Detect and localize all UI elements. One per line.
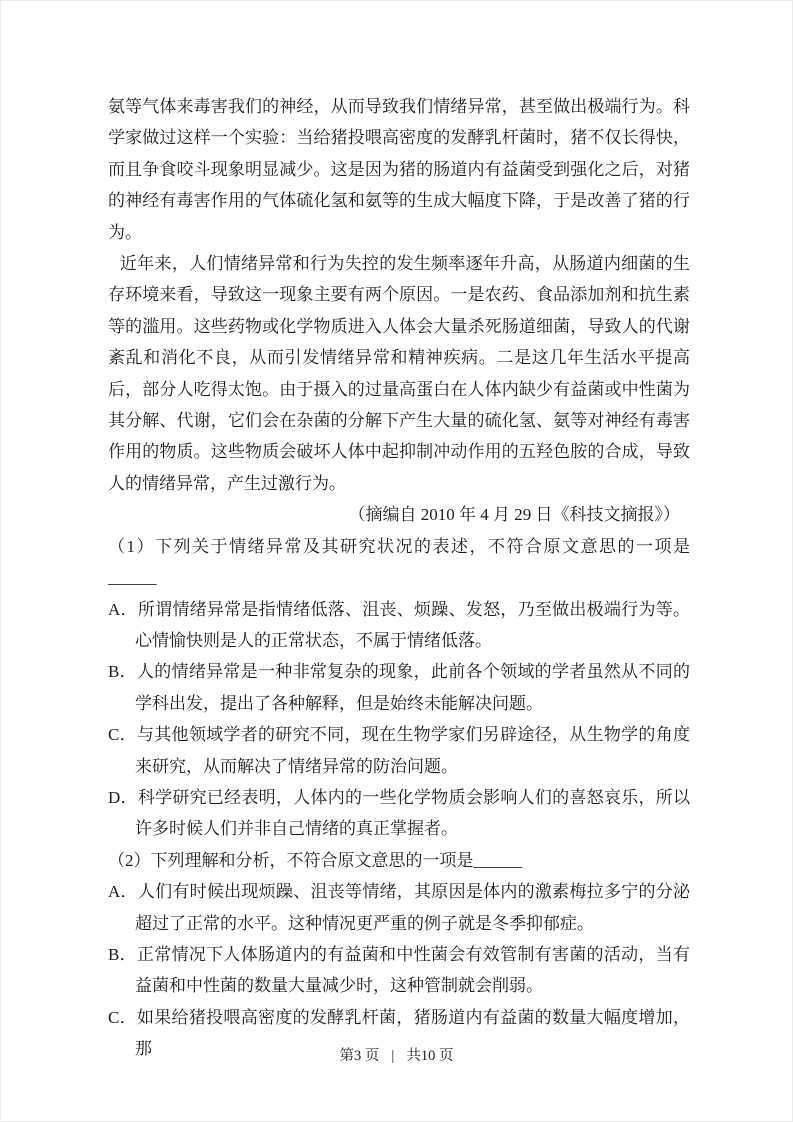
option-label: D． [108,788,138,807]
passage-paragraph: 近年来，人们情绪异常和行为失控的发生频率逐年升高，从肠道内细菌的生存环境来看，导… [108,248,690,499]
question-block: （1）下列关于情绪异常及其研究状况的表述，不符合原文意思的一项是______ A… [108,531,690,845]
questions: （1）下列关于情绪异常及其研究状况的表述，不符合原文意思的一项是______ A… [108,531,690,1065]
document-page: 氨等气体来毒害我们的神经，从而导致我们情绪异常，甚至做出极端行为。科学家做过这样… [0,0,793,1122]
option-text: 与其他领域学者的研究不同，现在生物学家们另辟途径，从生物学的角度来研究，从而解决… [135,725,690,775]
answer-blank: ______ [108,568,156,587]
option-label: B． [108,662,137,681]
option-text: 人们有时候出现烦躁、沮丧等情绪，其原因是体内的激素梅拉多宁的分泌超过了正常的水平… [135,882,690,932]
option: B．人的情绪异常是一种非常复杂的现象，此前各个领域的学者虽然从不同的学科出发，提… [108,656,690,719]
option-text: 正常情况下人体肠道内的有益菌和中性菌会有效管制有害菌的活动，当有益菌和中性菌的数… [135,945,690,995]
question-stem: （1）下列关于情绪异常及其研究状况的表述，不符合原文意思的一项是______ [108,531,690,594]
footer-current-page: 第3 页 [340,1048,380,1064]
option: C．与其他领域学者的研究不同，现在生物学家们另辟途径，从生物学的角度来研究，从而… [108,719,690,782]
passage-paragraph: 氨等气体来毒害我们的神经，从而导致我们情绪异常，甚至做出极端行为。科学家做过这样… [108,91,690,248]
option-text: 所谓情绪异常是指情绪低落、沮丧、烦躁、发怒，乃至做出极端行为等。心情愉快则是人的… [135,600,690,650]
option: D．科学研究已经表明，人体内的一些化学物质会影响人们的喜怒哀乐，所以许多时候人们… [108,782,690,845]
question-stem-text: （2）下列理解和分析，不符合原文意思的一项是 [108,851,474,870]
passage: 氨等气体来毒害我们的神经，从而导致我们情绪异常，甚至做出极端行为。科学家做过这样… [108,91,690,499]
options: A．人们有时候出现烦躁、沮丧等情绪，其原因是体内的激素梅拉多宁的分泌超过了正常的… [108,876,690,1064]
option-label: C． [108,1008,137,1027]
option-text: 人的情绪异常是一种非常复杂的现象，此前各个领域的学者虽然从不同的学科出发，提出了… [135,662,690,712]
page-content: 氨等气体来毒害我们的神经，从而导致我们情绪异常，甚至做出极端行为。科学家做过这样… [108,91,690,1065]
option-label: C． [108,725,137,744]
option-label: A． [108,600,138,619]
answer-blank: ______ [474,851,522,870]
option-text: 科学研究已经表明，人体内的一些化学物质会影响人们的喜怒哀乐，所以许多时候人们并非… [135,788,690,838]
option-label: A． [108,882,138,901]
option: A．所谓情绪异常是指情绪低落、沮丧、烦躁、发怒，乃至做出极端行为等。心情愉快则是… [108,594,690,657]
option: A．人们有时候出现烦躁、沮丧等情绪，其原因是体内的激素梅拉多宁的分泌超过了正常的… [108,876,690,939]
option: B．正常情况下人体肠道内的有益菌和中性菌会有效管制有害菌的活动，当有益菌和中性菌… [108,939,690,1002]
footer-total-pages: 共10 页 [406,1048,453,1064]
question-block: （2）下列理解和分析，不符合原文意思的一项是______ A．人们有时候出现烦躁… [108,845,690,1065]
footer-separator: | [391,1048,394,1064]
options: A．所谓情绪异常是指情绪低落、沮丧、烦躁、发怒，乃至做出极端行为等。心情愉快则是… [108,594,690,845]
question-stem: （2）下列理解和分析，不符合原文意思的一项是______ [108,845,690,876]
option-label: B． [108,945,137,964]
attribution: （摘编自 2010 年 4 月 29 日《科技文摘报》） [108,499,690,530]
question-stem-text: （1）下列关于情绪异常及其研究状况的表述，不符合原文意思的一项是 [108,537,690,556]
page-footer: 第3 页|共10 页 [1,1044,792,1065]
